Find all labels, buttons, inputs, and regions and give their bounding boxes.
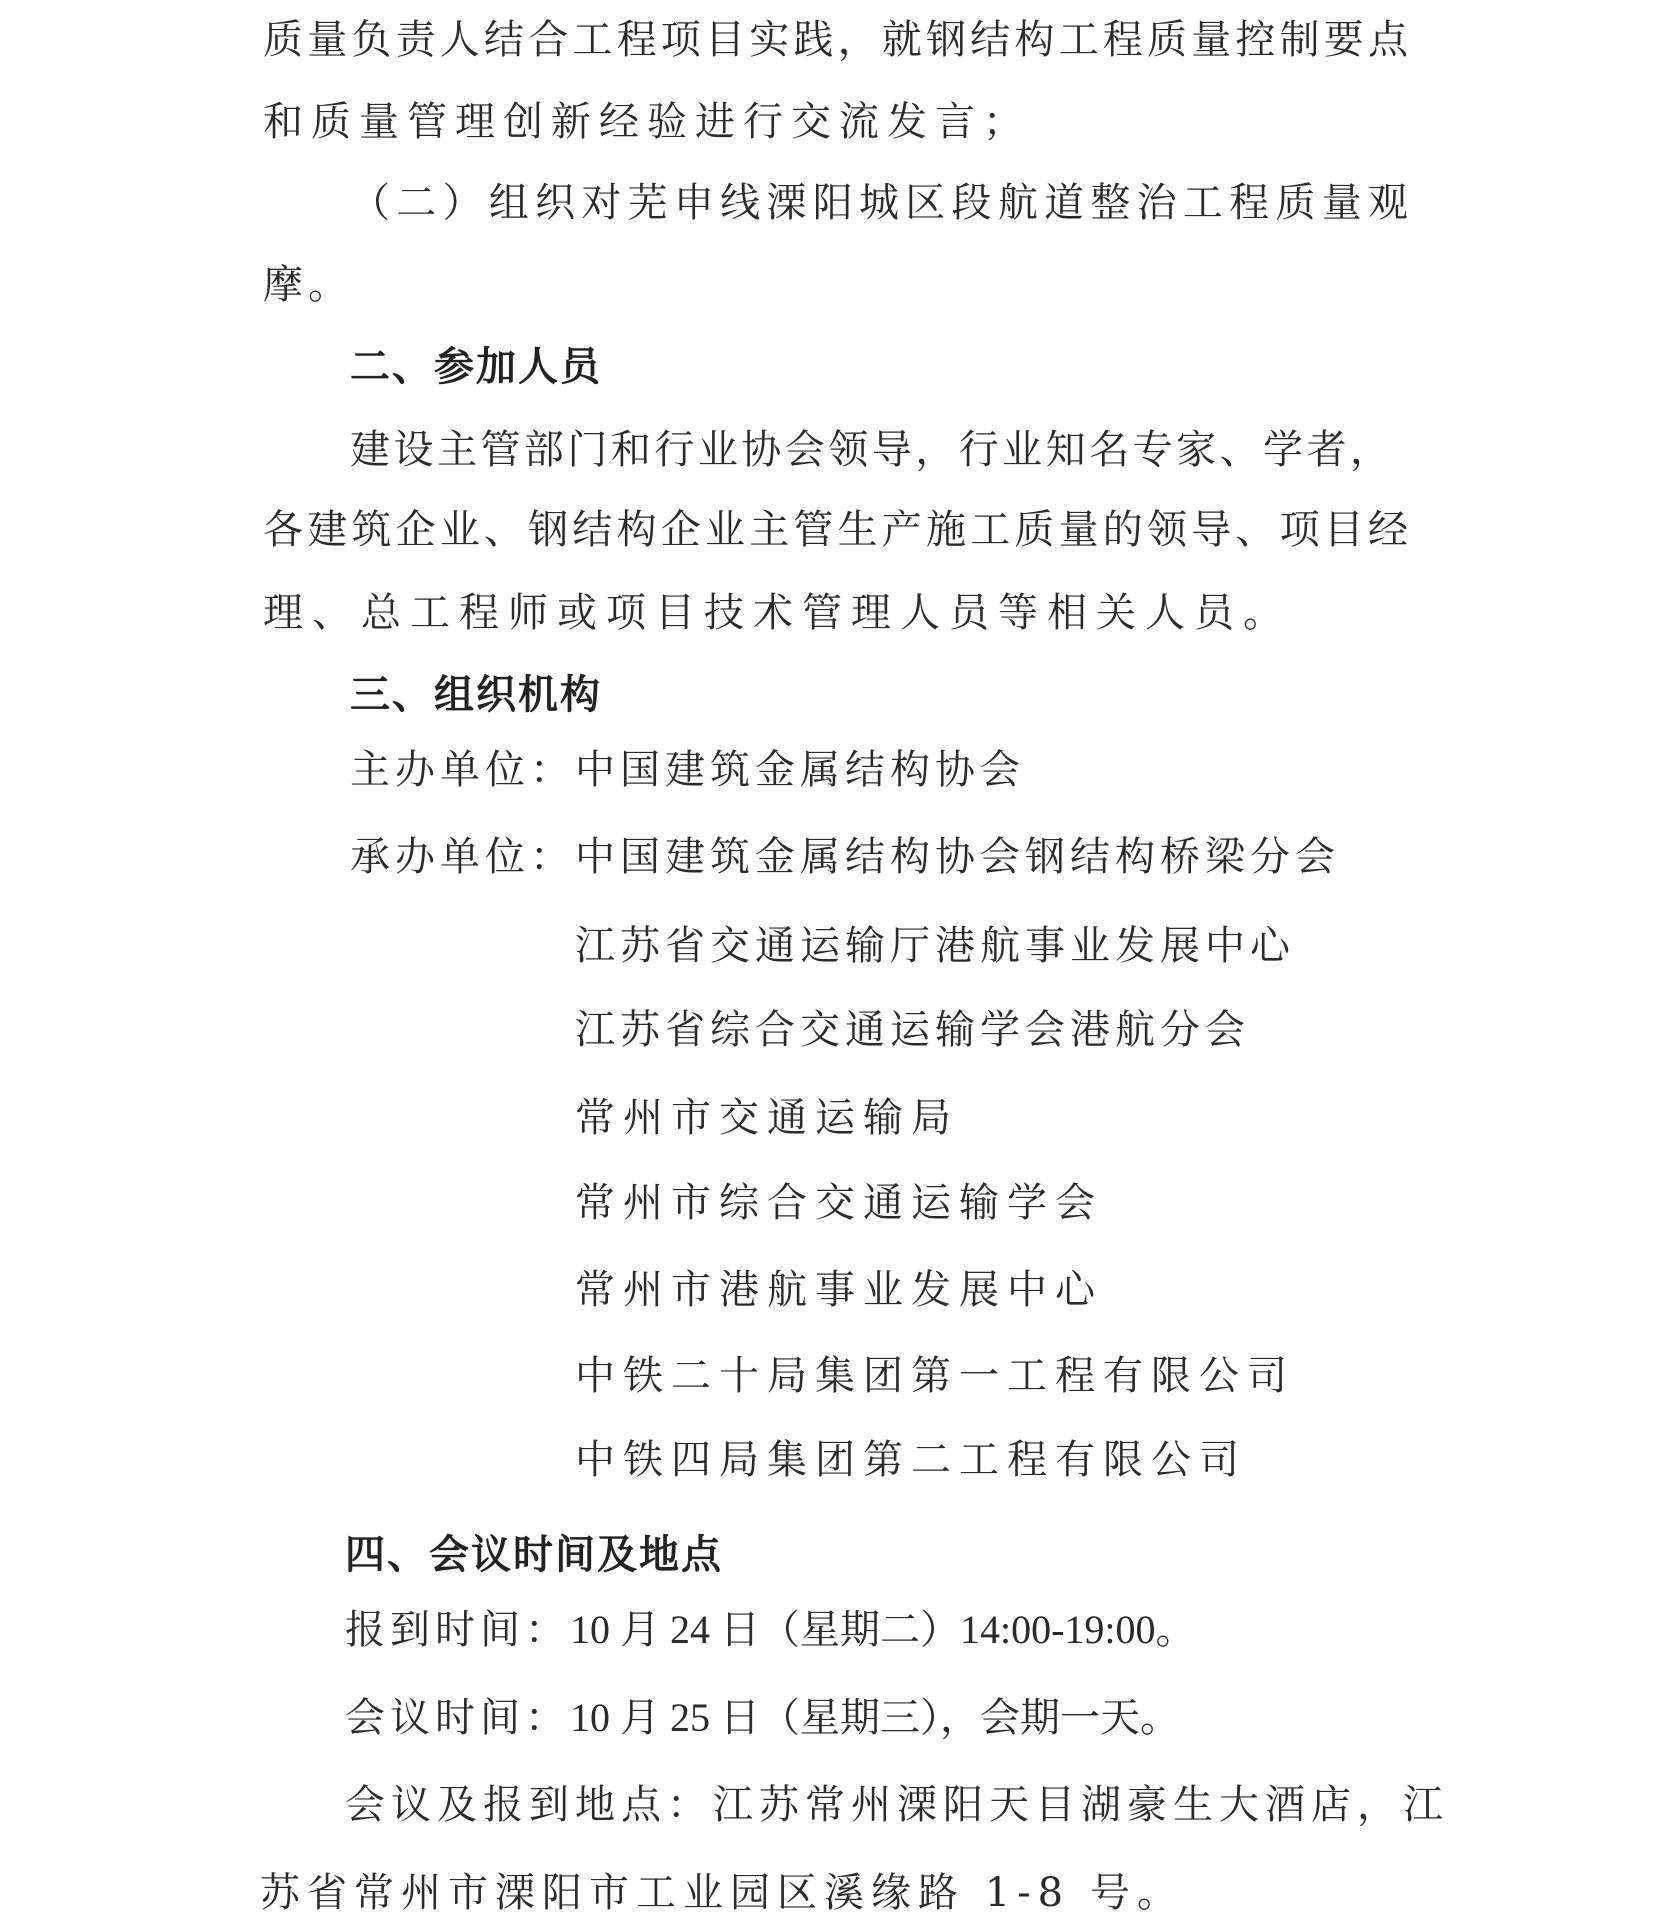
document-page: 质量负责人结合工程项目实践，就钢结构工程质量控制要点 和质量管理创新经验进行交流…: [0, 0, 1654, 1931]
host-unit-label: 主办单位：: [350, 740, 575, 800]
organizer-label: 承办单位：: [350, 827, 575, 887]
paragraph-line: 各建筑企业、钢结构企业主管生产施工质量的领导、项目经: [263, 500, 1408, 560]
registration-time-value: 10 月 24 日（星期二）14:00-19:00。: [570, 1607, 1196, 1652]
meeting-time-label: 会议时间：: [345, 1688, 570, 1748]
organizer-item: 常州市综合交通运输学会: [575, 1173, 1103, 1233]
section-heading-participants: 二、参加人员: [350, 337, 602, 397]
organizer-item: 中铁二十局集团第一工程有限公司: [575, 1346, 1295, 1406]
venue-label: 会议及报到地点：: [345, 1775, 713, 1835]
registration-time-label: 报到时间：: [345, 1600, 570, 1660]
list-item-2: （二）组织对芜申线溧阳城区段航道整治工程质量观: [350, 173, 1408, 233]
registration-time-row: 报到时间：10 月 24 日（星期二）14:00-19:00。: [345, 1600, 1196, 1660]
paragraph-line: 摩。: [263, 255, 353, 315]
organizer-item: 江苏省交通运输厅港航事业发展中心: [575, 916, 1295, 976]
venue-address: 苏省常州市溧阳市工业园区溪缘路 1-8 号。: [260, 1863, 1184, 1923]
organizer-item: 中铁四局集团第二工程有限公司: [575, 1430, 1247, 1490]
section-heading-organization: 三、组织机构: [350, 665, 602, 725]
organizer-item: 常州市港航事业发展中心: [575, 1260, 1103, 1320]
meeting-time-row: 会议时间：10 月 25 日（星期三），会期一天。: [345, 1688, 1180, 1748]
organizer-item: 中国建筑金属结构协会钢结构桥梁分会: [575, 827, 1340, 887]
meeting-time-value: 10 月 25 日（星期三），会期一天。: [570, 1695, 1180, 1740]
organizer-row: 承办单位：中国建筑金属结构协会钢结构桥梁分会: [350, 827, 1340, 887]
paragraph-line: 理、总工程师或项目技术管理人员等相关人员。: [263, 583, 1292, 643]
paragraph-line: 建设主管部门和行业协会领导，行业知名专家、学者，: [350, 420, 1390, 480]
paragraph-line: 和质量管理创新经验进行交流发言；: [263, 92, 1031, 152]
paragraph-line: 质量负责人结合工程项目实践，就钢结构工程质量控制要点: [263, 10, 1408, 70]
organizer-item: 江苏省综合交通运输学会港航分会: [575, 1000, 1250, 1060]
venue-row: 会议及报到地点：江苏常州溧阳天目湖豪生大酒店，江: [345, 1775, 1449, 1835]
organizer-item: 常州市交通运输局: [575, 1088, 959, 1148]
section-heading-time-place: 四、会议时间及地点: [345, 1525, 723, 1585]
host-unit-row: 主办单位：中国建筑金属结构协会: [350, 740, 1025, 800]
host-unit-value: 中国建筑金属结构协会: [575, 740, 1025, 800]
venue-value: 江苏常州溧阳天目湖豪生大酒店，江: [713, 1782, 1449, 1828]
